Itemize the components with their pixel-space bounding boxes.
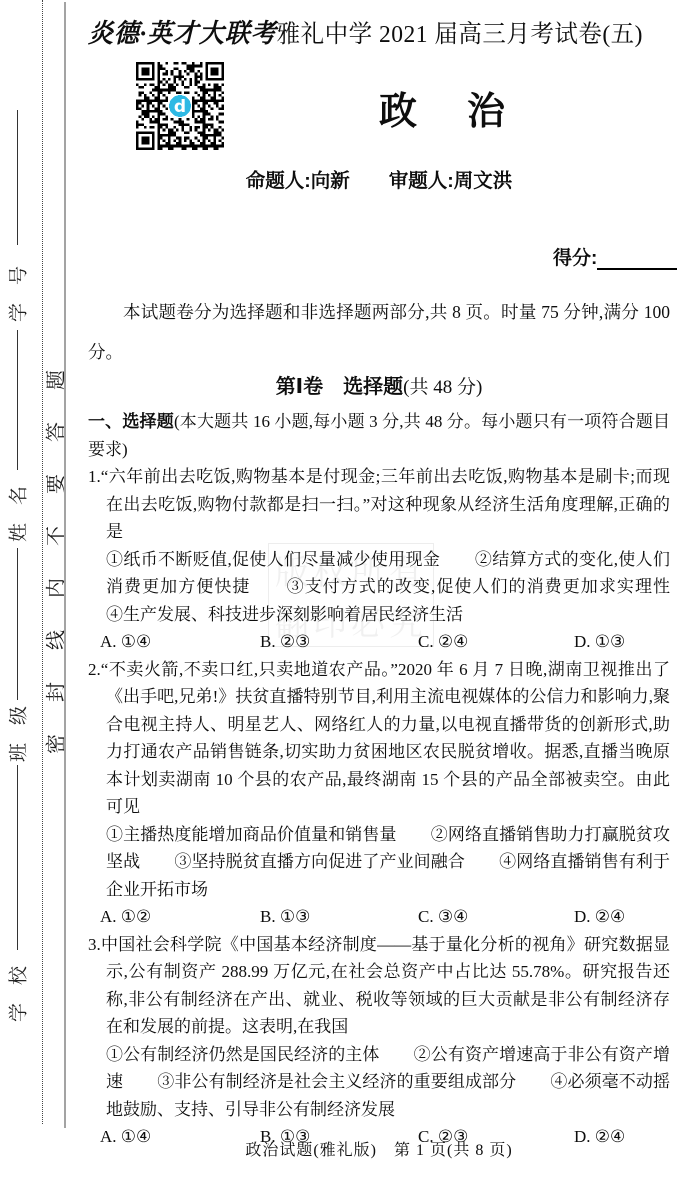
field-label-class: 班级: [4, 688, 31, 762]
field-label-school: 学校: [4, 948, 31, 1022]
score-label: 得分:: [553, 248, 597, 269]
score-blank-line: [597, 250, 677, 270]
question-choice-items: ①主播热度能增加商品价值量和销售量 ②网络直播销售助力打赢脱贫攻坚战 ③坚持脱贫…: [106, 821, 670, 904]
exam-title-rest: 雅礼中学 2021 届高三月考试卷(五): [277, 21, 643, 48]
write-in-line: [17, 765, 18, 950]
question-choice-items: ①纸币不断贬值,促使人们尽量减少使用现金 ②结算方式的变化,使人们消费更加方便快…: [106, 546, 670, 629]
question-choice-items: ①公有制经济仍然是国民经济的主体 ②公有资产增速高于非公有资产增速 ③非公有制经…: [106, 1041, 670, 1124]
exam-instructions: 本试题卷分为选择题和非选择题两部分,共 8 页。时量 75 分钟,满分 100 …: [88, 292, 670, 372]
question-2: 2.“不卖火箭,不卖口红,只卖地道农产品。”2020 年 6 月 7 日晚,湖南…: [88, 656, 670, 931]
option-d: D. ②④: [574, 903, 670, 931]
page-footer: 政治试题(雅礼版) 第 1 页(共 8 页): [88, 1137, 670, 1160]
option-d: D. ①③: [574, 628, 670, 656]
qr-code-icon: d: [136, 62, 224, 150]
exam-series-title: 炎德·英才大联考雅礼中学 2021 届高三月考试卷(五): [88, 13, 647, 50]
exam-brand: 炎德·英才大联考: [88, 19, 277, 48]
question-options: A. ①④ B. ②③ C. ②④ D. ①③: [100, 628, 670, 656]
volume-heading-main: 第Ⅰ卷 选择题: [276, 376, 403, 398]
option-a: A. ①④: [100, 628, 260, 656]
qr-code: d: [136, 62, 224, 150]
question-number: 2.: [88, 660, 101, 679]
setter-reviewer-line: 命题人:向新 审题人:周文洪: [88, 165, 670, 193]
option-a: A. ①②: [100, 903, 260, 931]
question-stem: 2.“不卖火箭,不卖口红,只卖地道农产品。”2020 年 6 月 7 日晚,湖南…: [106, 656, 670, 821]
volume-heading-points: (共 48 分): [403, 377, 482, 398]
option-c: C. ③④: [418, 903, 574, 931]
question-1: 1.“六年前出去吃饭,购物基本是付现金;三年前出去吃饭,购物基本是刷卡;而现在出…: [88, 463, 670, 656]
write-in-line: [17, 548, 18, 700]
write-in-line: [17, 110, 18, 245]
question-number: 3.: [88, 935, 101, 954]
write-in-line: [17, 330, 18, 470]
volume-heading: 第Ⅰ卷 选择题(共 48 分): [88, 370, 670, 399]
section-directions-detail: (本大题共 16 小题,每小题 3 分,共 48 分。每小题只有一项符合题目要求…: [88, 412, 670, 459]
subject-title: 政 治: [222, 80, 668, 135]
question-options: A. ①② B. ①③ C. ③④ D. ②④: [100, 903, 670, 931]
question-number: 1.: [88, 467, 101, 486]
option-b: B. ①③: [260, 903, 418, 931]
option-b: B. ②③: [260, 628, 418, 656]
field-label-name: 姓名: [4, 468, 31, 542]
margin-rule: [64, 2, 66, 1128]
option-c: C. ②④: [418, 628, 574, 656]
score-field: 得分:: [553, 243, 677, 270]
field-label-student-id: 学号: [4, 248, 31, 322]
question-stem: 1.“六年前出去吃饭,购物基本是付现金;三年前出去吃饭,购物基本是刷卡;而现在出…: [106, 463, 670, 546]
section-directions-title: 一、选择题: [88, 412, 174, 431]
question-3: 3.中国社会科学院《中国基本经济制度——基于量化分析的视角》研究数据显示,公有制…: [88, 931, 670, 1151]
svg-text:d: d: [174, 97, 186, 117]
question-stem: 3.中国社会科学院《中国基本经济制度——基于量化分析的视角》研究数据显示,公有制…: [106, 931, 670, 1041]
section-directions: 一、选择题(本大题共 16 小题,每小题 3 分,共 48 分。每小题只有一项符…: [88, 408, 670, 463]
question-section: 一、选择题(本大题共 16 小题,每小题 3 分,共 48 分。每小题只有一项符…: [88, 408, 670, 1151]
